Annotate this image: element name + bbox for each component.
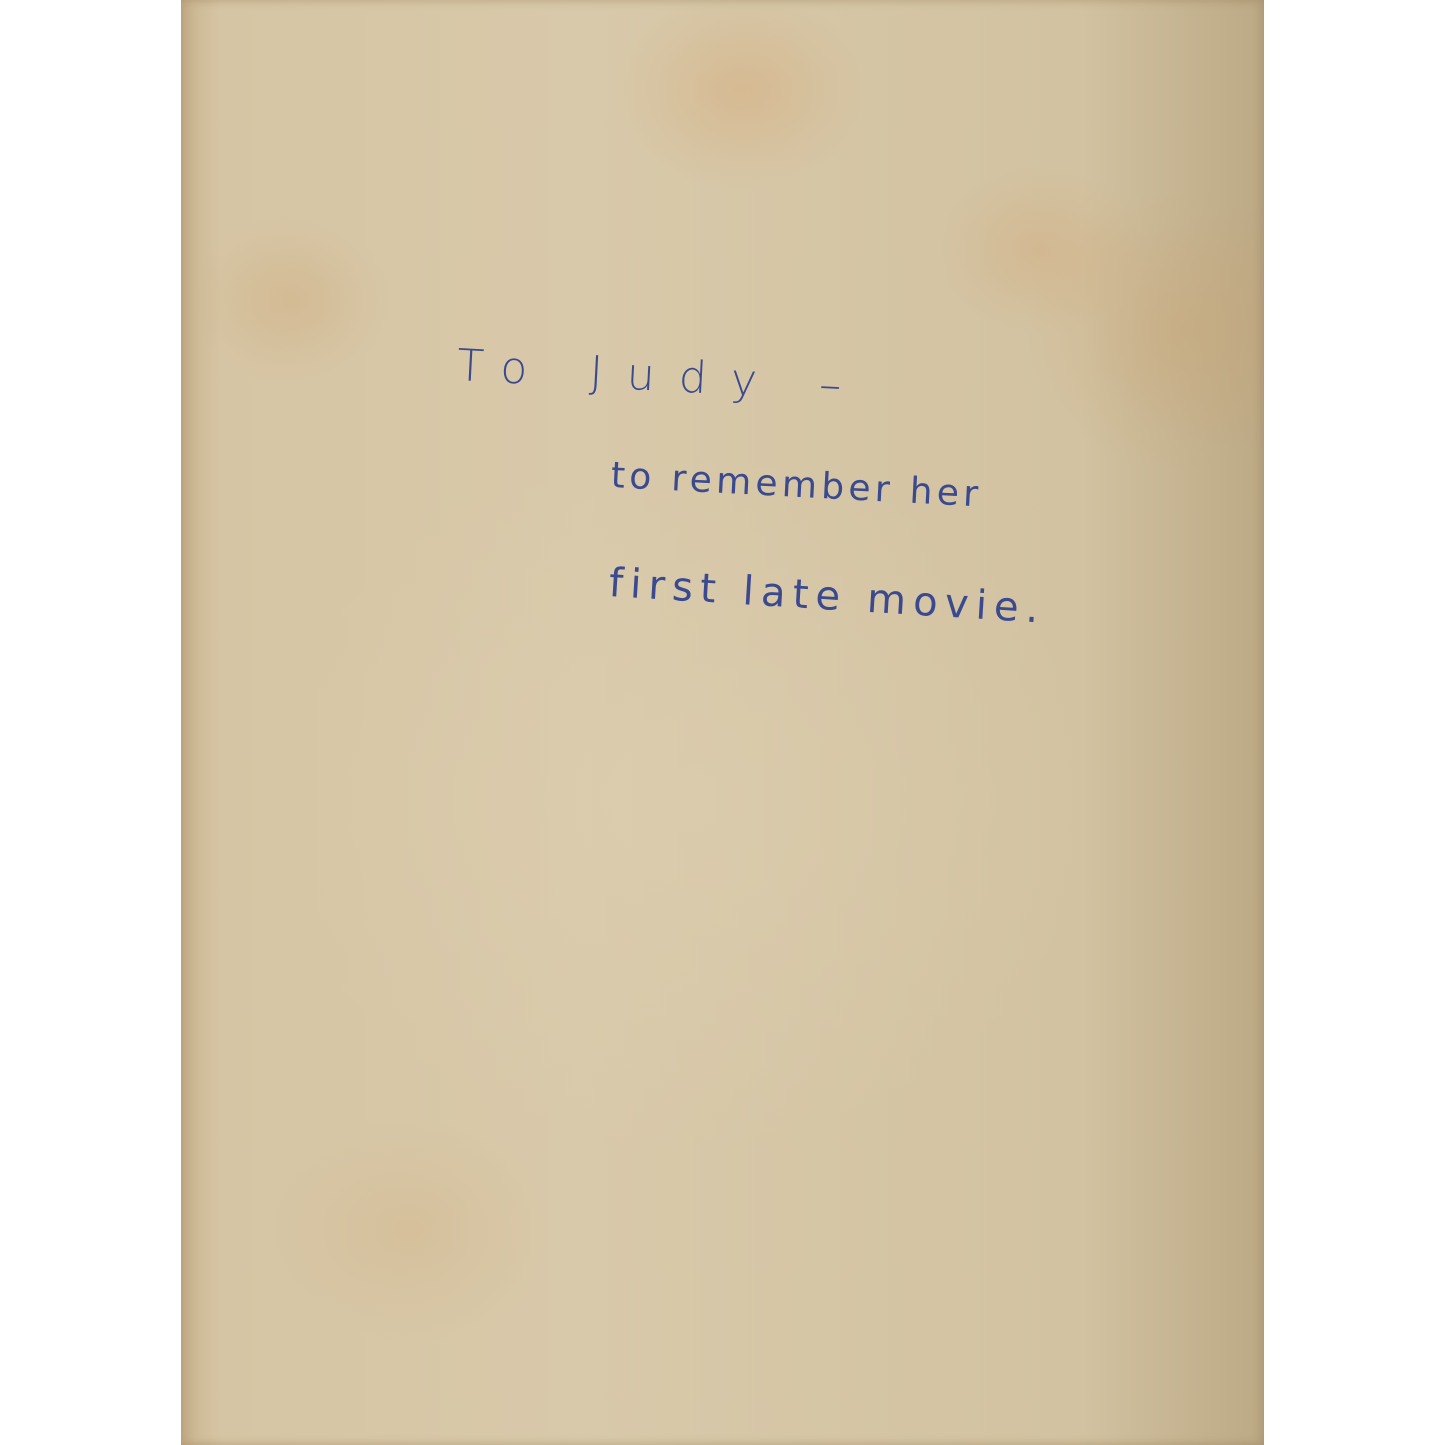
inscription-line-3: first late movie. <box>608 560 1047 633</box>
inscription-line-greeting: To Judy – <box>456 340 867 412</box>
aged-paper-page: To Judy – to remember her first late mov… <box>181 0 1264 1445</box>
handwritten-inscription: To Judy – to remember her first late mov… <box>181 0 1264 1445</box>
inscription-line-2: to remember her <box>610 455 983 515</box>
